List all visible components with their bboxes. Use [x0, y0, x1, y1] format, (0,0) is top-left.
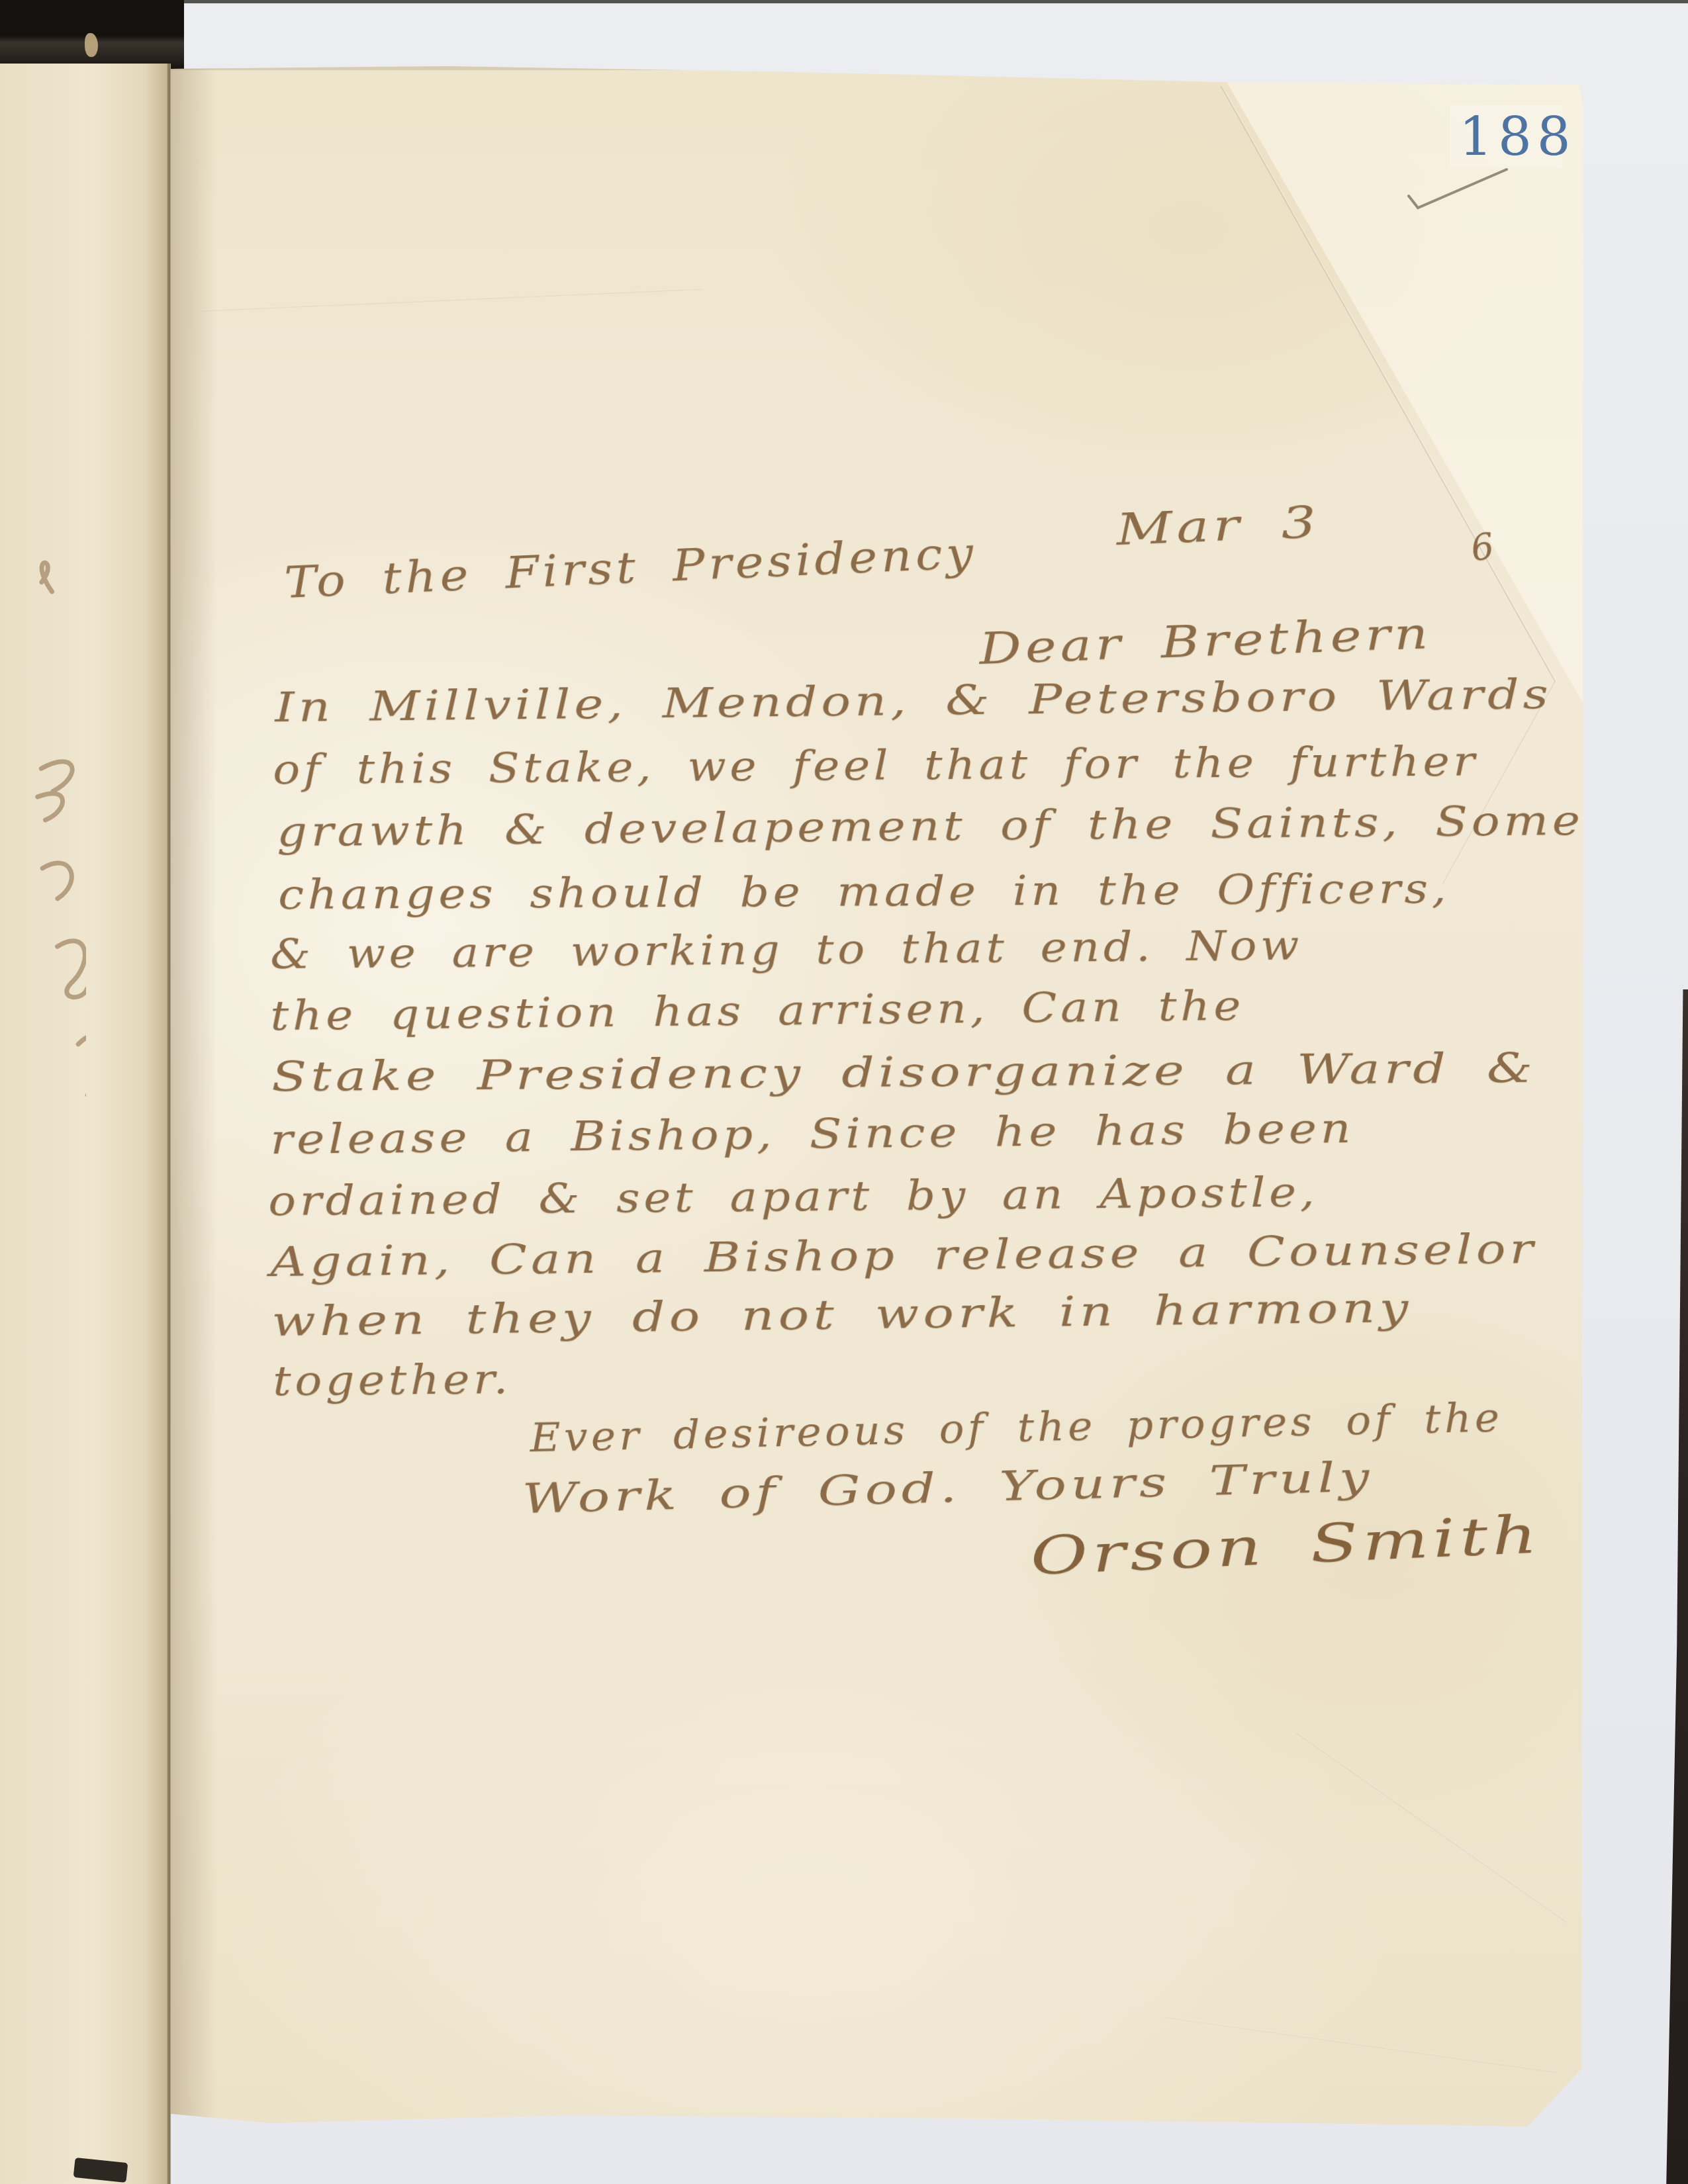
letter-body-line: the question has arrisen, Can the	[270, 981, 1244, 1040]
fold-crease	[1295, 1731, 1568, 1923]
letter-page: 188 Mar 3 6 To the First Presidency Dear…	[171, 64, 1583, 2130]
letter-body-line: release a Bishop, Since he has been	[270, 1104, 1355, 1163]
letter-body-line: together.	[273, 1355, 512, 1405]
pencil-checkmark	[1403, 161, 1516, 221]
marginal-writing-fragments	[0, 553, 86, 1149]
previous-page-leaf	[0, 64, 171, 2184]
binding-gutter-line	[167, 64, 170, 2184]
letter-closing-line: Work of God. Yours Truly	[522, 1452, 1374, 1523]
letter-body-line: grawth & develapement of the Saints, Som…	[277, 796, 1584, 856]
gutter-shadow	[171, 64, 217, 2130]
fold-crease	[199, 288, 701, 312]
letter-date: Mar 3	[1115, 496, 1321, 555]
letter-body-line: ordained & set apart by an Apostle,	[268, 1167, 1319, 1225]
page-number-stamp: 188	[1459, 106, 1576, 167]
binding-paper-tuft	[85, 33, 98, 57]
letter-salutation: Dear Brethern	[978, 608, 1432, 674]
letter-body-line: In Millville, Mendon, & Petersboro Wards	[275, 670, 1552, 731]
book-edge-right	[1660, 989, 1688, 2184]
letter-body-line: changes should be made in the Officers,	[278, 864, 1450, 919]
letter-body-line: when they do not work in harmony	[271, 1283, 1413, 1345]
letter-closing-line: Ever desireous of the progres of the	[530, 1394, 1503, 1461]
letter-address-line: To the First Presidency	[283, 527, 978, 608]
scanned-letter-page: 188 Mar 3 6 To the First Presidency Dear…	[0, 0, 1688, 2184]
letter-body-line: of this Stake, we feel that for the furt…	[273, 737, 1479, 794]
book-binding-corner	[0, 0, 184, 69]
letter-body-line: & we are working to that end. Now	[270, 921, 1303, 978]
page-top-edge-shade	[171, 64, 1583, 70]
letter-body-line: Stake Presidency disorganize a Ward &	[271, 1044, 1536, 1101]
letter-signature: Orson Smith	[1029, 1505, 1543, 1587]
fold-crease	[1164, 2016, 1558, 2073]
letter-body-line: Again, Can a Bishop release a Counselor	[270, 1224, 1537, 1286]
scan-top-edge	[0, 0, 1688, 3]
